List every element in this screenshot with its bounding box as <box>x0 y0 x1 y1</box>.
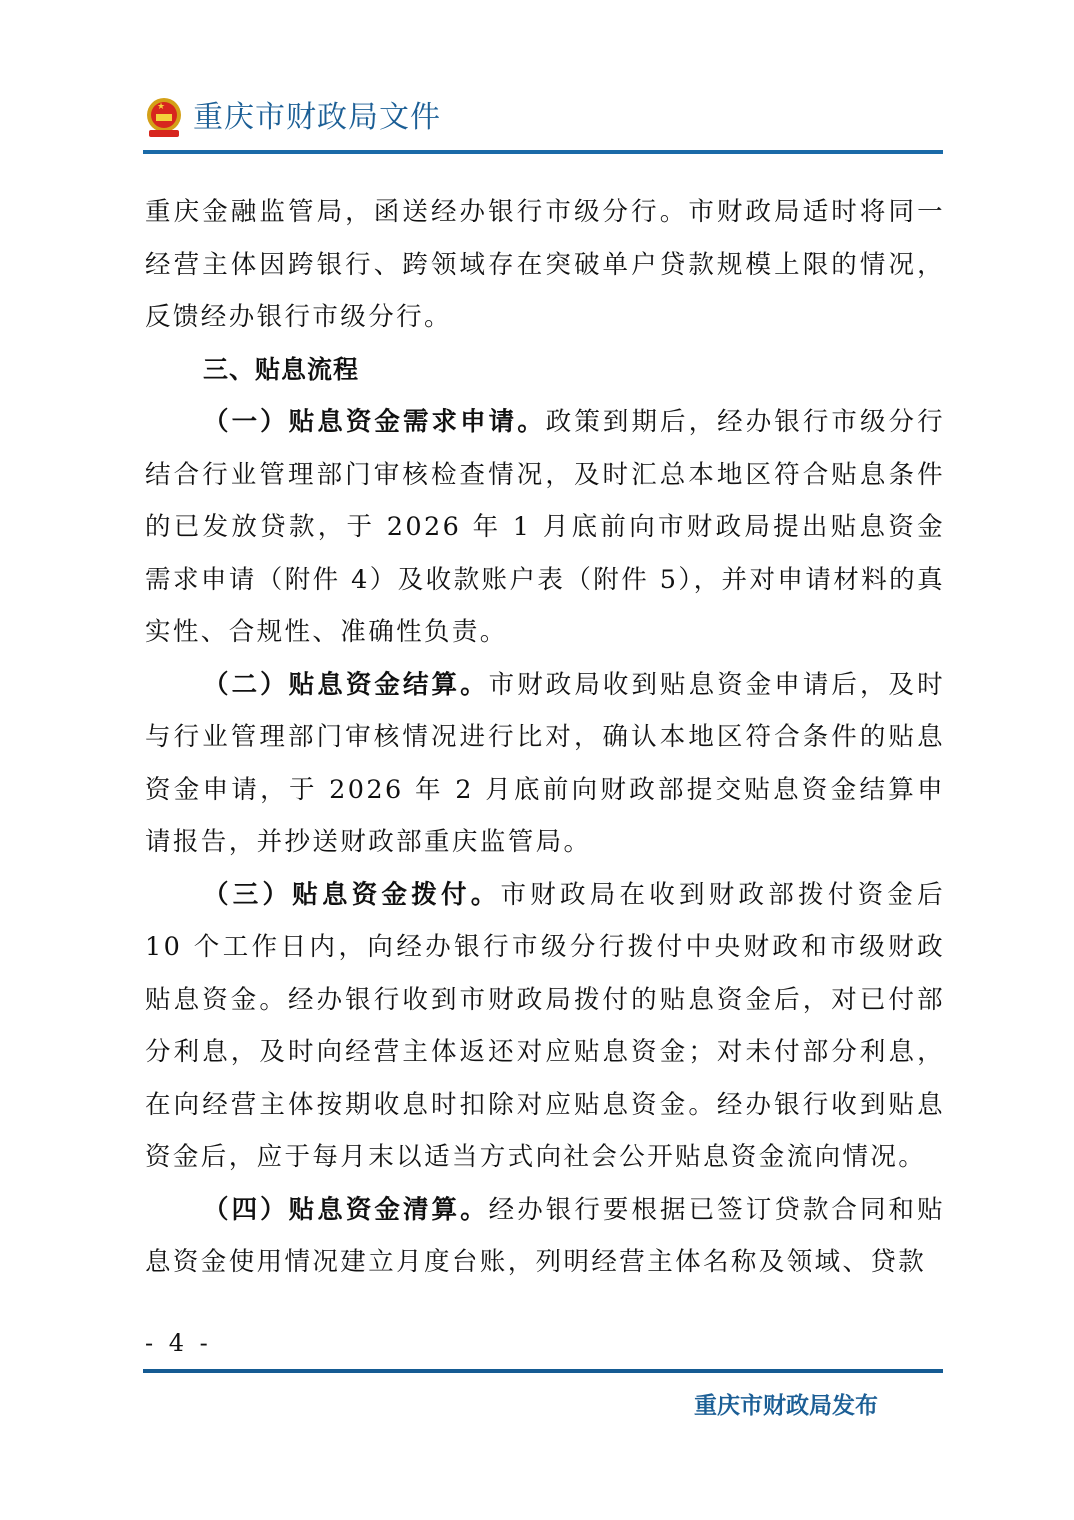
item-title: （一）贴息资金需求申请。 <box>203 407 546 437</box>
document-body: 重庆金融监管局，函送经办银行市级分行。市财政局适时将同一经营主体因跨银行、跨领域… <box>145 186 945 1289</box>
paragraph-item-2: （二）贴息资金结算。市财政局收到贴息资金申请后，及时与行业管理部门审核情况进行比… <box>145 659 945 869</box>
item-title: （二）贴息资金结算。 <box>203 670 489 700</box>
item-title: （三）贴息资金拨付。 <box>203 880 501 910</box>
document-header: ★ 重庆市财政局文件 <box>145 92 441 144</box>
paragraph-continuation: 重庆金融监管局，函送经办银行市级分行。市财政局适时将同一经营主体因跨银行、跨领域… <box>145 186 945 344</box>
paragraph-item-4: （四）贴息资金清算。经办银行要根据已签订贷款合同和贴息资金使用情况建立月度台账，… <box>145 1184 945 1289</box>
item-title: （四）贴息资金清算。 <box>203 1195 489 1225</box>
paragraph-item-3: （三）贴息资金拨付。市财政局在收到财政部拨付资金后 10 个工作日内，向经办银行… <box>145 869 945 1184</box>
item-text: 市财政局在收到财政部拨付资金后 10 个工作日内，向经办银行市级分行拨付中央财政… <box>145 880 945 1173</box>
header-title: 重庆市财政局文件 <box>193 98 441 138</box>
item-text: 政策到期后，经办银行市级分行结合行业管理部门审核检查情况，及时汇总本地区符合贴息… <box>145 407 945 647</box>
paragraph-item-1: （一）贴息资金需求申请。政策到期后，经办银行市级分行结合行业管理部门审核检查情况… <box>145 396 945 659</box>
page-number: - 4 - <box>145 1328 212 1358</box>
header-divider <box>143 150 943 154</box>
national-emblem-icon: ★ <box>145 96 183 140</box>
section-heading: 三、贴息流程 <box>145 344 945 397</box>
footer-publisher: 重庆市财政局发布 <box>694 1390 878 1422</box>
footer-divider <box>143 1369 943 1373</box>
